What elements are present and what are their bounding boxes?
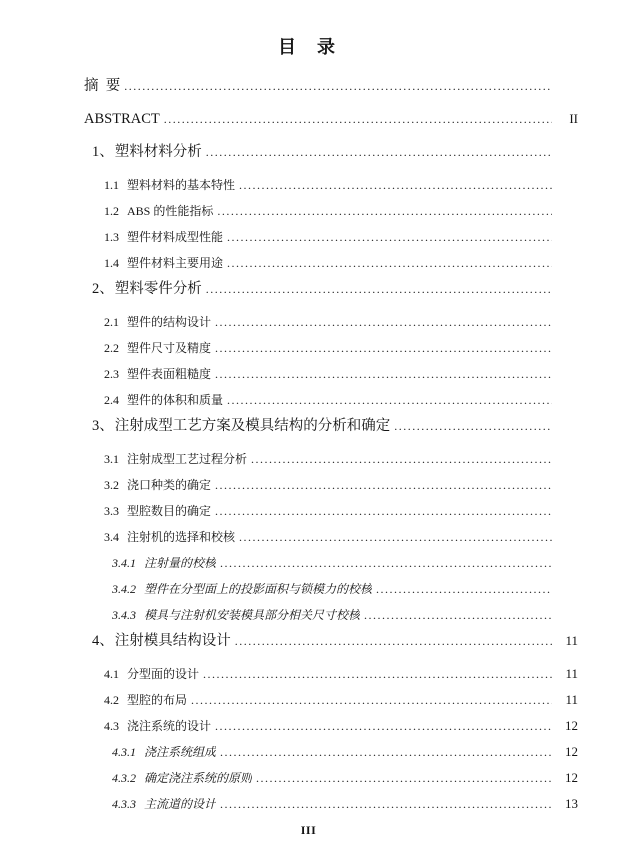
toc-entry-number: 1.1 — [104, 172, 119, 198]
toc-entry-title: 塑料材料分析 — [115, 139, 202, 165]
toc-entry-title: 型腔数目的确定 — [127, 498, 211, 524]
toc-entry: 2、 塑料零件分析 — [84, 276, 578, 302]
toc-entry: 3.1 注射成型工艺过程分析 — [84, 446, 578, 472]
dot-leader — [376, 576, 552, 602]
toc-entry-number: 1.2 — [104, 198, 119, 224]
toc-entry-page: 11 — [554, 661, 578, 687]
toc-entry-title: 确定浇注系统的原则 — [144, 765, 252, 791]
toc-entry: 2.3 塑件表面粗糙度 — [84, 361, 578, 387]
toc-entry-page: 11 — [554, 687, 578, 713]
toc-entry: 4.3.3 主流道的设计 13 — [84, 791, 578, 817]
toc-entry-number: 2.2 — [104, 335, 119, 361]
dot-leader — [215, 713, 552, 739]
toc-entry-number: 1.3 — [104, 224, 119, 250]
toc-entry-title: 注射模具结构设计 — [115, 628, 231, 654]
toc-entry-page: 13 — [554, 791, 578, 817]
toc-entry: 2.1 塑件的结构设计 — [84, 309, 578, 335]
toc-entry-number: 4.3.3 — [112, 791, 136, 817]
toc-entry-title: ABSTRACT — [84, 106, 160, 132]
dot-leader — [239, 172, 552, 198]
toc-entry: 2.2 塑件尺寸及精度 — [84, 335, 578, 361]
toc-entry-number: 4.2 — [104, 687, 119, 713]
dot-leader — [235, 628, 552, 654]
dot-leader — [364, 602, 552, 628]
dot-leader — [227, 224, 552, 250]
toc-entry: 3.4.2 塑件在分型面上的投影面积与锁模力的校核 — [84, 576, 578, 602]
toc-entry-title: ABS 的性能指标 — [127, 198, 213, 224]
dot-leader — [215, 498, 552, 524]
toc-entry: 3.2 浇口种类的确定 — [84, 472, 578, 498]
dot-leader — [215, 472, 552, 498]
dot-leader — [220, 739, 552, 765]
toc-entry-number: 4、 — [92, 628, 114, 654]
dot-leader — [217, 198, 552, 224]
toc-entry-page: 12 — [554, 739, 578, 765]
toc-entry-number: 3.2 — [104, 472, 119, 498]
toc-entry-number: 4.3 — [104, 713, 119, 739]
toc-entry-number: 2.1 — [104, 309, 119, 335]
toc-entry-title: 摘 要 — [84, 73, 120, 99]
dot-leader — [394, 413, 552, 439]
toc-entry-title: 塑件在分型面上的投影面积与锁模力的校核 — [144, 576, 372, 602]
toc-entry-title: 塑件的体积和质量 — [127, 387, 223, 413]
toc-entry: 3.3 型腔数目的确定 — [84, 498, 578, 524]
toc-entry: 2.4 塑件的体积和质量 — [84, 387, 578, 413]
toc-entry-title: 塑件材料成型性能 — [127, 224, 223, 250]
toc-entry-title: 塑料材料的基本特性 — [127, 172, 235, 198]
dot-leader — [124, 73, 552, 99]
toc-entry: 3.4.3 模具与注射机安装模具部分相关尺寸校核 — [84, 602, 578, 628]
toc-entry-title: 主流道的设计 — [144, 791, 216, 817]
dot-leader — [215, 335, 552, 361]
toc-entry-title: 注射成型工艺方案及模具结构的分析和确定 — [115, 413, 391, 439]
dot-leader — [220, 550, 552, 576]
toc-entry-title: 塑料零件分析 — [115, 276, 202, 302]
toc-entry-number: 3、 — [92, 413, 114, 439]
toc-entry-title: 浇注系统的设计 — [127, 713, 211, 739]
dot-leader — [203, 661, 552, 687]
toc-entry: 3.4.1 注射量的校核 — [84, 550, 578, 576]
toc-entry: 4.3.2 确定浇注系统的原则 12 — [84, 765, 578, 791]
dot-leader — [227, 387, 552, 413]
toc-entry-page: 11 — [554, 628, 578, 654]
toc-entry-title: 模具与注射机安装模具部分相关尺寸校核 — [144, 602, 360, 628]
toc-entry: 摘 要 — [84, 73, 578, 99]
dot-leader — [251, 446, 552, 472]
toc-entry-page: II — [554, 106, 578, 132]
toc-entry-number: 4.3.2 — [112, 765, 136, 791]
dot-leader — [256, 765, 552, 791]
document-page: 目 录 摘 要 ABSTRACT II 1、 塑料材料分析 1.1 塑料材料的基… — [0, 0, 617, 853]
toc-entry-number: 4.1 — [104, 661, 119, 687]
toc-entry: 1.2 ABS 的性能指标 — [84, 198, 578, 224]
toc-entry-number: 3.4 — [104, 524, 119, 550]
toc-entry-number: 3.1 — [104, 446, 119, 472]
toc-entry-title: 注射机的选择和校核 — [127, 524, 235, 550]
dot-leader — [164, 106, 552, 132]
toc-entry: 1.4 塑件材料主要用途 — [84, 250, 578, 276]
toc-entry-number: 3.4.3 — [112, 602, 136, 628]
toc-entry-title: 塑件材料主要用途 — [127, 250, 223, 276]
toc-entry: 1、 塑料材料分析 — [84, 139, 578, 165]
dot-leader — [191, 687, 552, 713]
page-title: 目 录 — [0, 33, 617, 59]
dot-leader — [206, 276, 552, 302]
toc-entry-title: 浇注系统组成 — [144, 739, 216, 765]
toc-entry-number: 1、 — [92, 139, 114, 165]
toc-entry: 4.2 型腔的布局 11 — [84, 687, 578, 713]
toc-entry-title: 塑件尺寸及精度 — [127, 335, 211, 361]
footer-page-number: III — [0, 823, 617, 838]
dot-leader — [220, 791, 552, 817]
toc-entry-title: 型腔的布局 — [127, 687, 187, 713]
toc-entry: 3、 注射成型工艺方案及模具结构的分析和确定 — [84, 413, 578, 439]
toc-entry-title: 分型面的设计 — [127, 661, 199, 687]
dot-leader — [206, 139, 552, 165]
toc-entry-number: 3.3 — [104, 498, 119, 524]
toc-entry-number: 2.4 — [104, 387, 119, 413]
toc-entry: 1.1 塑料材料的基本特性 — [84, 172, 578, 198]
toc-entry-number: 2.3 — [104, 361, 119, 387]
dot-leader — [215, 361, 552, 387]
dot-leader — [239, 524, 552, 550]
toc-entry-number: 3.4.1 — [112, 550, 136, 576]
toc-entry: 4、 注射模具结构设计 11 — [84, 628, 578, 654]
toc-entry: 4.1 分型面的设计 11 — [84, 661, 578, 687]
toc-entry: 1.3 塑件材料成型性能 — [84, 224, 578, 250]
toc-entry: 4.3 浇注系统的设计 12 — [84, 713, 578, 739]
toc-entry: 4.3.1 浇注系统组成 12 — [84, 739, 578, 765]
toc-entry-page: 12 — [554, 713, 578, 739]
toc-entry-number: 3.4.2 — [112, 576, 136, 602]
toc-entry-number: 1.4 — [104, 250, 119, 276]
dot-leader — [215, 309, 552, 335]
toc-entry-title: 注射成型工艺过程分析 — [127, 446, 247, 472]
toc-entry-title: 塑件表面粗糙度 — [127, 361, 211, 387]
toc-entry-title: 浇口种类的确定 — [127, 472, 211, 498]
toc-entry: ABSTRACT II — [84, 106, 578, 132]
toc-entry-number: 2、 — [92, 276, 114, 302]
dot-leader — [227, 250, 552, 276]
toc-entry-page: 12 — [554, 765, 578, 791]
toc-entry-number: 4.3.1 — [112, 739, 136, 765]
toc-entry: 3.4 注射机的选择和校核 — [84, 524, 578, 550]
toc-entry-title: 塑件的结构设计 — [127, 309, 211, 335]
table-of-contents: 摘 要 ABSTRACT II 1、 塑料材料分析 1.1 塑料材料的基本特性 … — [84, 73, 578, 817]
toc-entry-title: 注射量的校核 — [144, 550, 216, 576]
